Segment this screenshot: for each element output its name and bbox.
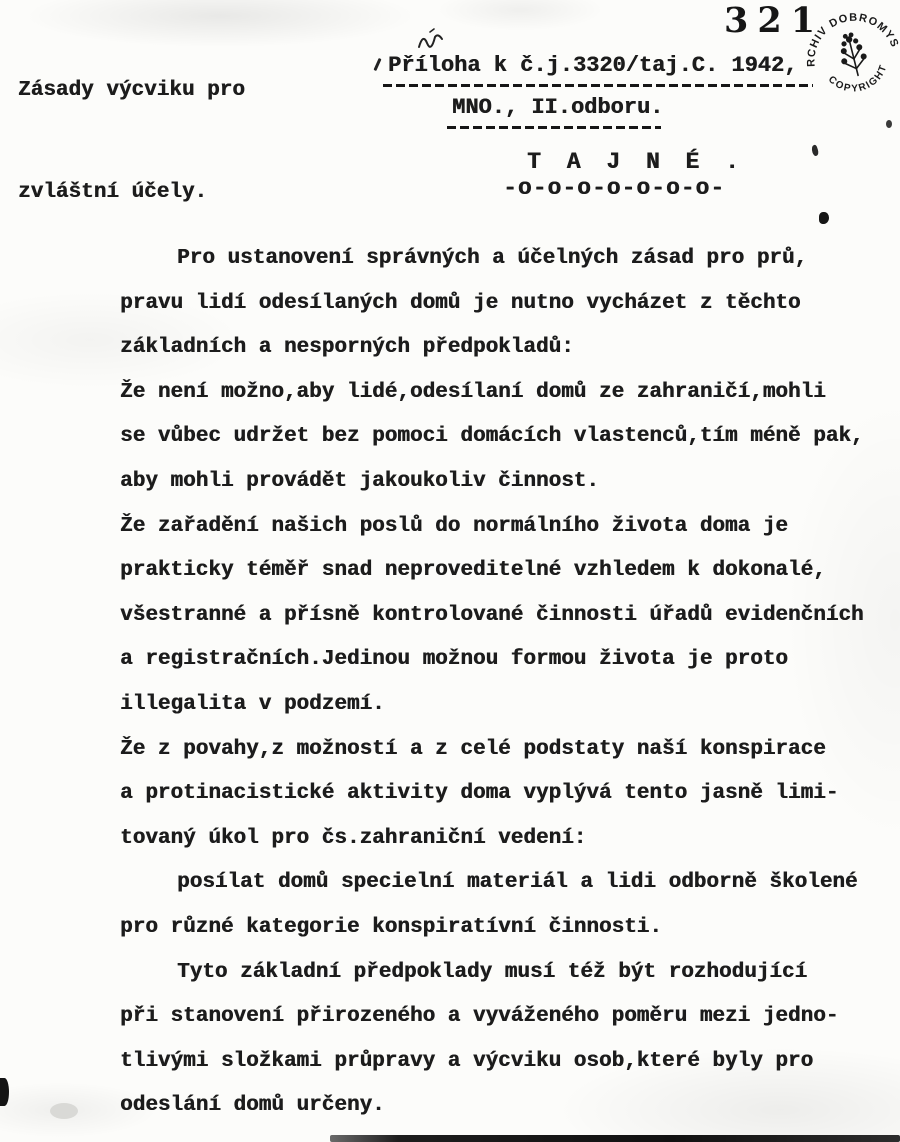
document-line: všestranné a přísně kontrolované činnost… bbox=[120, 594, 895, 639]
document-line: se vůbec udržet bez pomoci domácích vlas… bbox=[120, 415, 895, 460]
document-line: tlivými složkami průpravy a výcviku osob… bbox=[120, 1040, 895, 1085]
scan-artifact bbox=[373, 58, 381, 71]
scan-artifact bbox=[886, 120, 892, 128]
svg-text:COPYRIGHT: COPYRIGHT bbox=[824, 60, 894, 101]
scan-artifact bbox=[50, 1103, 78, 1119]
document-line: aby mohli provádět jakoukoliv činnost. bbox=[120, 460, 895, 505]
stamp-arc-bottom-text: COPYRIGHT bbox=[824, 60, 894, 101]
document-line: odeslání domů určeny. bbox=[120, 1084, 895, 1129]
document-body: Pro ustanovení správných a účelných zása… bbox=[120, 237, 895, 1129]
stamp-plant-icon bbox=[836, 31, 870, 78]
scan-artifact bbox=[819, 212, 829, 224]
document-line: Že není možno,aby lidé,odesílaní domů ze… bbox=[120, 371, 895, 416]
document-line: a registračních.Jedinou možnou formou ži… bbox=[120, 638, 895, 683]
document-line: Pro ustanovení správných a účelných zása… bbox=[120, 237, 895, 282]
reference-line1: Příloha k č.j.3320/taj.C. 1942, bbox=[388, 53, 797, 78]
document-line: základních a nesporných předpokladů: bbox=[120, 326, 895, 371]
margin-note-line1: Zásady výcviku pro bbox=[18, 74, 245, 108]
scan-artifact bbox=[0, 1078, 9, 1106]
document-line: prakticky téměř snad neproveditelné vzhl… bbox=[120, 549, 895, 594]
document-line: Že z povahy,z možností a z celé podstaty… bbox=[120, 728, 895, 773]
document-line: Tyto základní předpoklady musí též být r… bbox=[120, 951, 895, 996]
document-line: posílat domů specielní materiál a lidi o… bbox=[120, 861, 895, 906]
classification-separator: -o-o-o-o-o-o-o- bbox=[503, 175, 725, 201]
margin-note-line2: zvláštní účely. bbox=[18, 176, 245, 210]
document-line: pro různé kategorie konspiratívní činnos… bbox=[120, 906, 895, 951]
document-line: Že zařadění našich poslů do normálního ž… bbox=[120, 505, 895, 550]
reference-underline1 bbox=[383, 84, 813, 87]
scan-artifact-bottom-bar bbox=[330, 1135, 900, 1142]
document-line: a protinacistické aktivity doma vyplývá … bbox=[120, 772, 895, 817]
document-line: tovaný úkol pro čs.zahraniční vedení: bbox=[120, 817, 895, 862]
archive-stamp: ARCHIV DOBROMYSL COPYRIGHT bbox=[800, 2, 900, 108]
reference-underline2 bbox=[447, 126, 661, 129]
document-line: při stanovení přirozeného a vyváženého p… bbox=[120, 995, 895, 1040]
document-line: illegalita v podzemí. bbox=[120, 683, 895, 728]
document-line: pravu lidí odesílaných domů je nutno vyc… bbox=[120, 282, 895, 327]
reference-line2: MNO., II.odboru. bbox=[452, 95, 663, 120]
scan-artifact bbox=[810, 144, 819, 156]
handwritten-squiggle-mark bbox=[416, 26, 446, 54]
classification-label: T A J N É . bbox=[527, 149, 745, 175]
scanned-document-page: Zásady výcviku pro zvláštní účely. 321 A… bbox=[0, 0, 900, 1142]
